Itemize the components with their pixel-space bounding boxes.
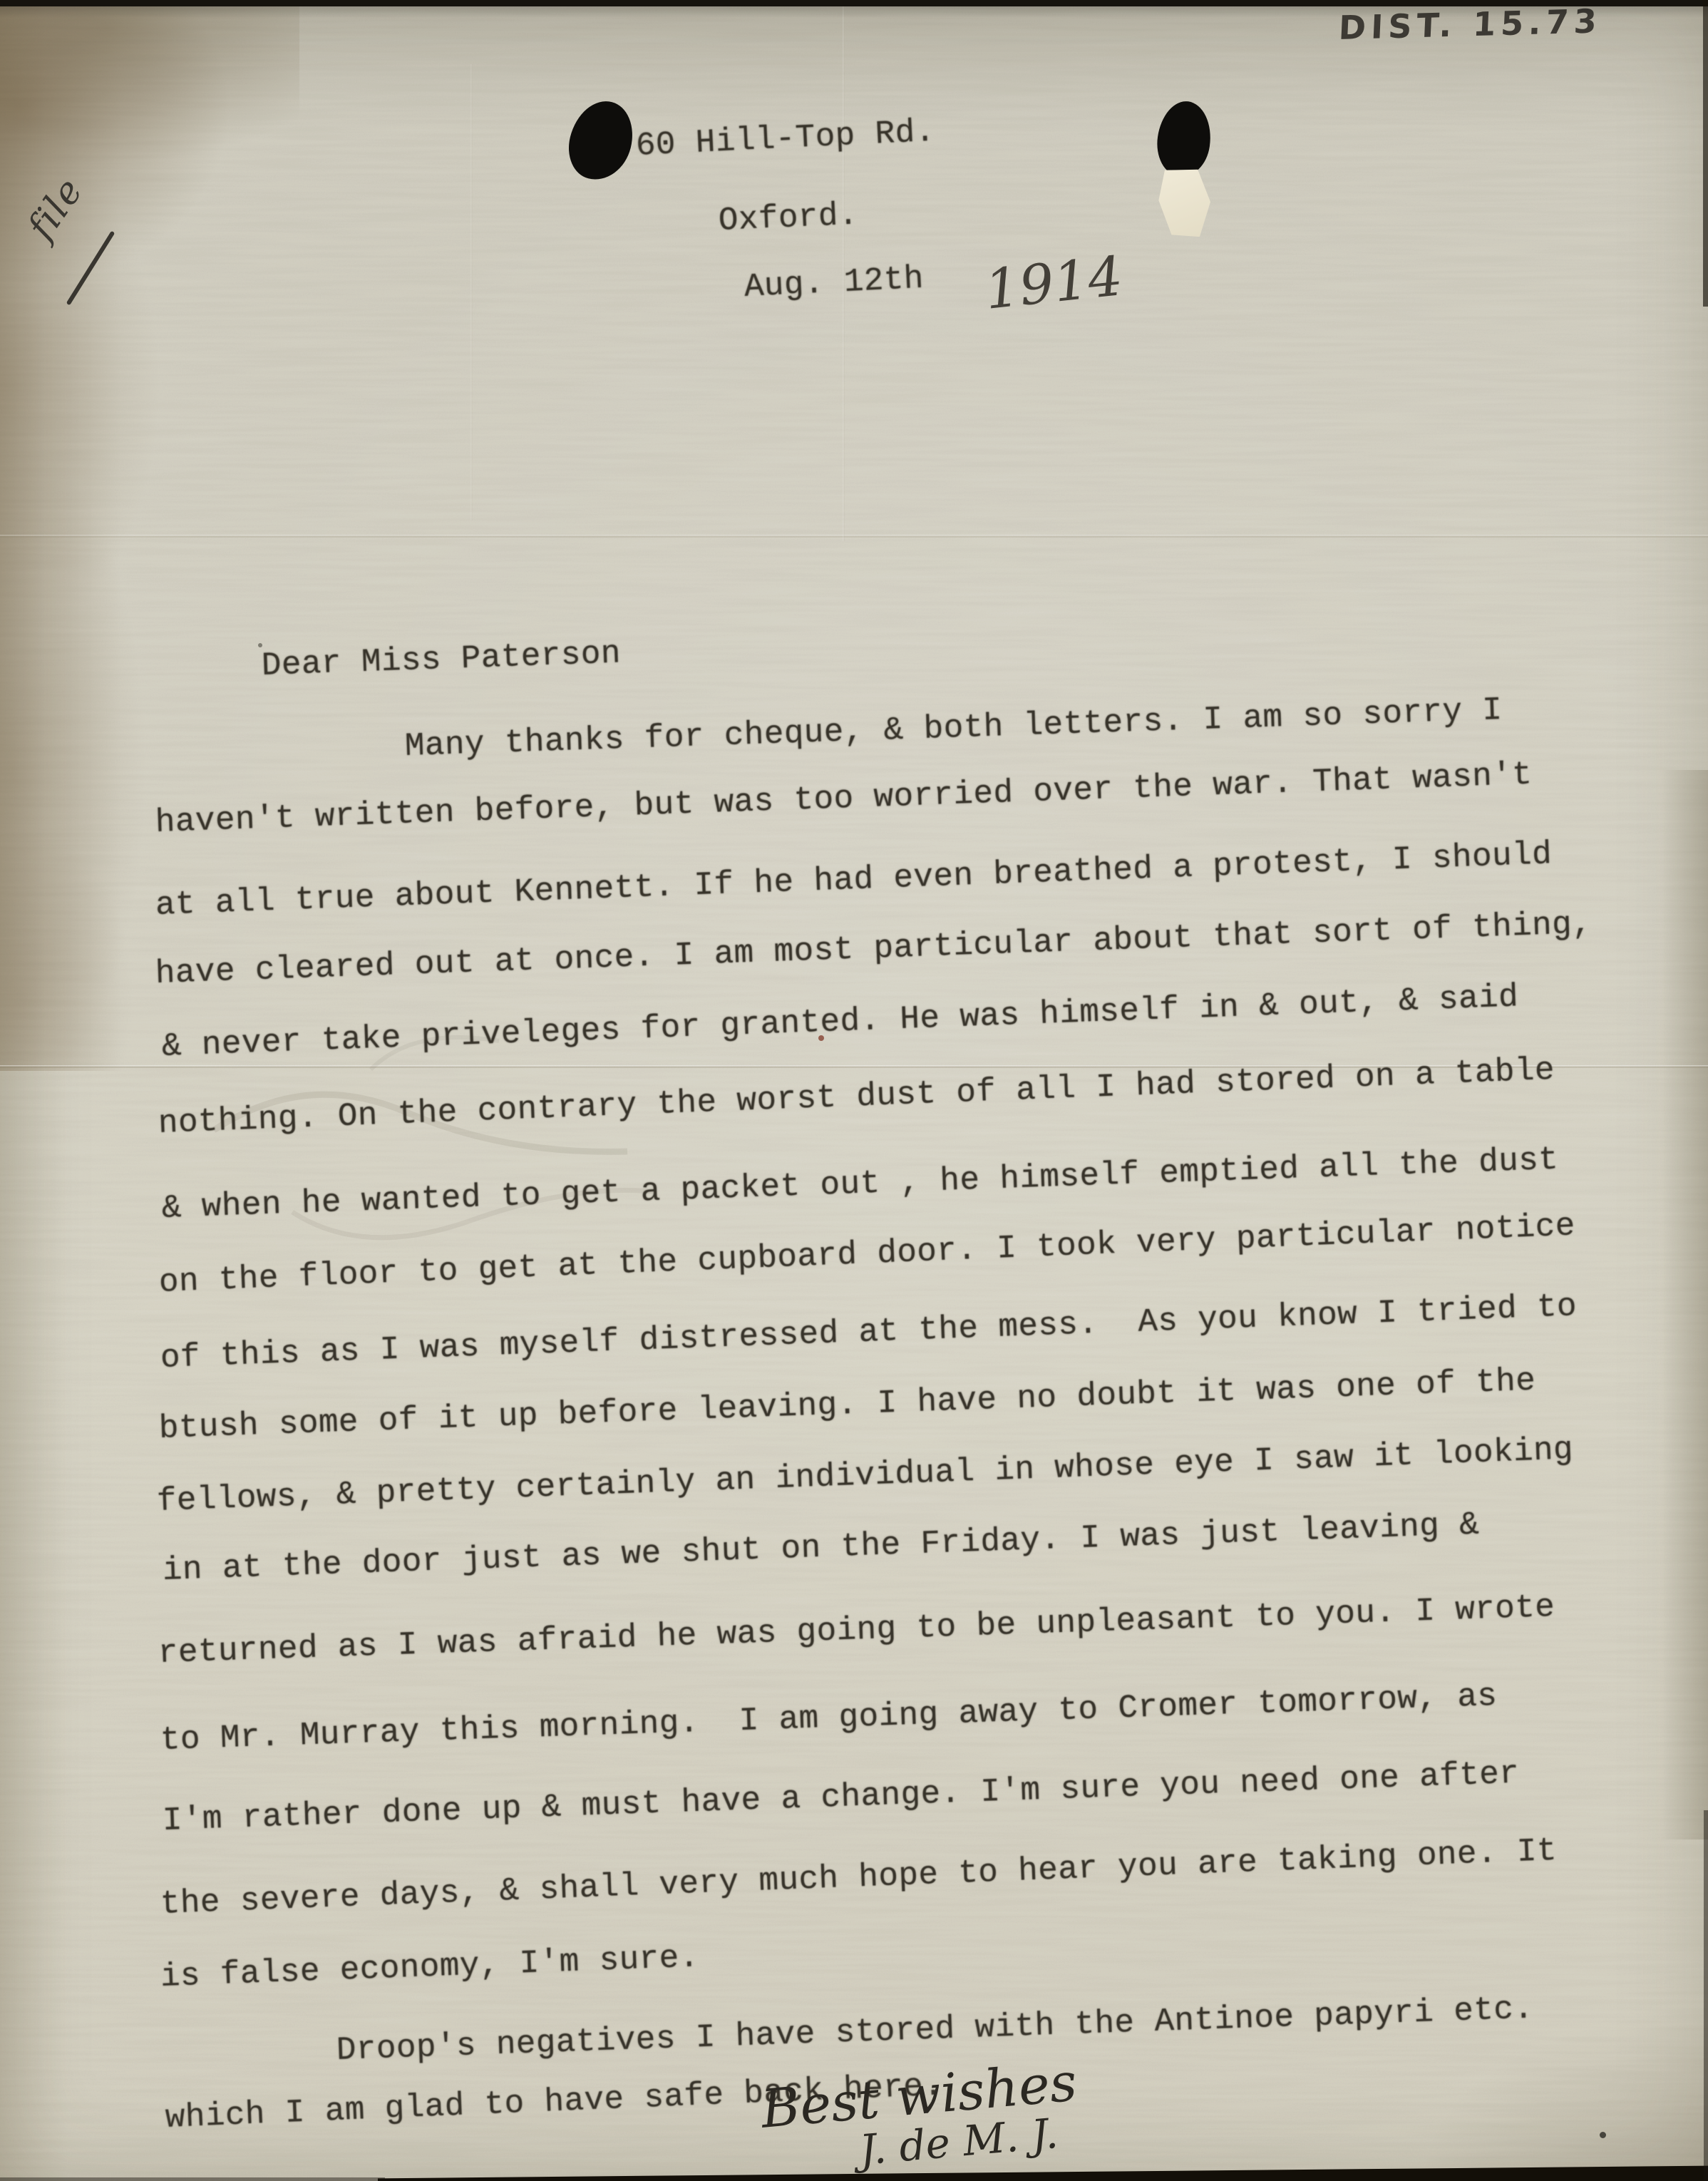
typed-line: the severe days, & shall very much hope …	[160, 1834, 1558, 1921]
address-line-2: Oxford.	[718, 198, 859, 237]
scan-edge-right-top	[1703, 0, 1708, 307]
typed-line: Many thanks for cheque, & both letters. …	[404, 694, 1503, 763]
typed-line: is false economy, I'm sure.	[160, 1941, 699, 1993]
scan-edge-top-shadow	[0, 6, 1708, 18]
scan-edge-bottom-left	[0, 2177, 385, 2181]
typed-line: to Mr. Murray this morning. I am going a…	[160, 1680, 1498, 1757]
typed-line: at all true about Kennett. If he had eve…	[155, 838, 1553, 922]
typed-line: have cleared out at once. I am most part…	[155, 908, 1593, 990]
typed-text-layer: 60 Hill-Top Rd. Oxford. Aug. 12th Dear M…	[0, 0, 1708, 2181]
typed-line: & never take priveleges for granted. He …	[161, 980, 1519, 1063]
ink-dot	[1600, 2132, 1606, 2138]
typed-line: fellows, & pretty certainly an individua…	[156, 1433, 1574, 1518]
typed-line: of this as I was myself distressed at th…	[160, 1290, 1578, 1375]
typed-line: btush some of it up before leaving. I ha…	[158, 1365, 1536, 1445]
scan-edge-right-bottom	[1704, 1810, 1708, 2181]
typed-line: in at the door just as we shut on the Fr…	[162, 1509, 1480, 1587]
scan-edge-top	[0, 0, 1708, 6]
typed-line: I'm rather done up & must have a change.…	[162, 1757, 1520, 1837]
typed-line: Droop's negatives I have stored with the…	[336, 1992, 1534, 2067]
letter-scan: 60 Hill-Top Rd. Oxford. Aug. 12th Dear M…	[0, 0, 1708, 2181]
typed-line: & when he wanted to get a packet out , h…	[161, 1144, 1559, 1225]
typed-line: nothing. On the contrary the worst dust …	[158, 1054, 1555, 1140]
address-line-1: 60 Hill-Top Rd.	[635, 116, 936, 163]
typed-line: returned as I was afraid he was going to…	[158, 1591, 1555, 1670]
ink-speck-red	[818, 1035, 824, 1041]
salutation: Dear Miss Paterson	[261, 637, 621, 682]
date-line: Aug. 12th	[744, 262, 925, 304]
typed-line: haven't written before, but was too worr…	[155, 759, 1533, 839]
typed-line: on the floor to get at the cupboard door…	[158, 1209, 1576, 1299]
ink-speck	[258, 643, 262, 647]
